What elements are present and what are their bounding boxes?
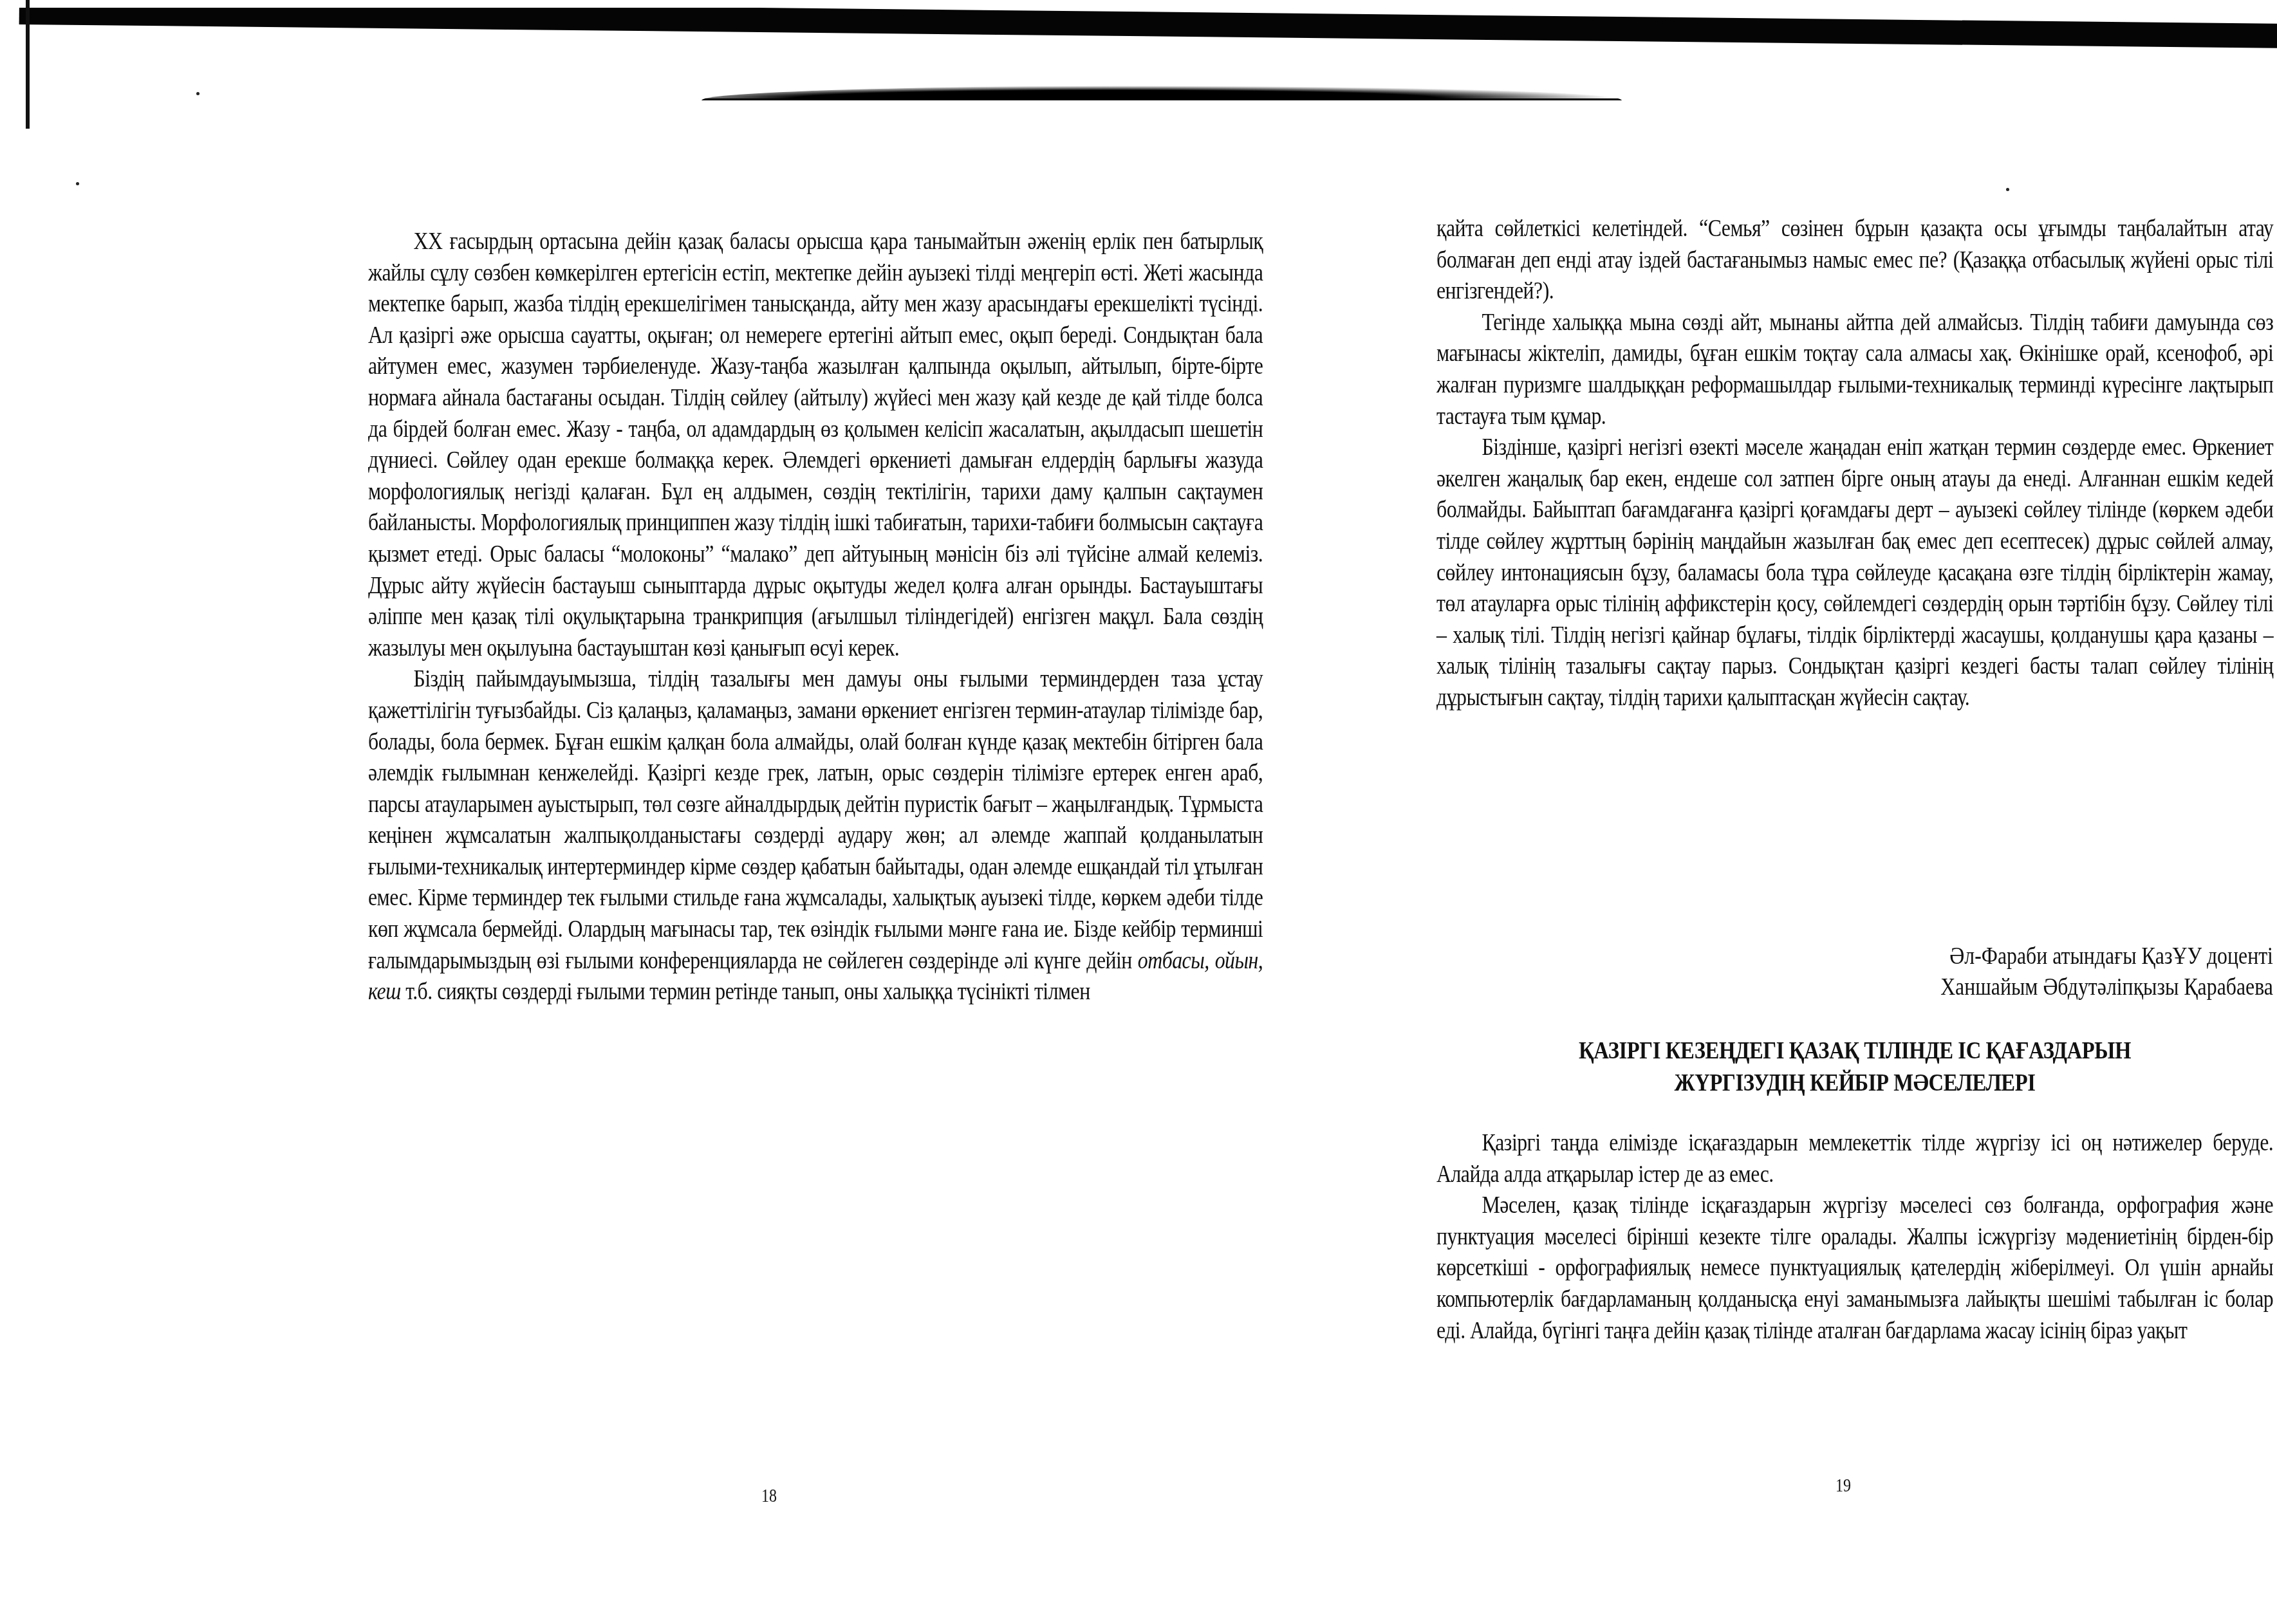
paragraph-text: т.б. сияқты сөздерді ғылыми термин ретін… (401, 979, 1090, 1005)
article-title-line: ҚАЗІРГІ КЕЗЕҢДЕГІ ҚАЗАҚ ТІЛІНДЕ ІС ҚАҒАЗ… (1495, 1035, 2215, 1067)
page-number: 19 (1836, 1475, 1851, 1497)
left-page-body: XX ғасырдың ортасына дейін қазақ баласы … (368, 226, 1263, 1008)
right-page: қайта сөйлеткісі келетіндей. “Семья” сөз… (1436, 0, 2273, 1624)
paragraph: қайта сөйлеткісі келетіндей. “Семья” сөз… (1436, 214, 2273, 308)
paragraph: Мәселен, қазақ тілінде ісқағаздарын жүрг… (1436, 1190, 2273, 1347)
page-number: 18 (761, 1485, 777, 1507)
article-title: ҚАЗІРГІ КЕЗЕҢДЕГІ ҚАЗАҚ ТІЛІНДЕ ІС ҚАҒАЗ… (1495, 1035, 2215, 1099)
paragraph: XX ғасырдың ортасына дейін қазақ баласы … (368, 226, 1263, 664)
author-name: Ханшайым Әбдутәліпқызы Қарабаева (1940, 972, 2273, 1003)
article-title-line: ЖҮРГІЗУДІҢ КЕЙБІР МӘСЕЛЕЛЕРІ (1495, 1067, 2215, 1099)
paragraph: Біздің пайымдауымызша, тілдің тазалығы м… (368, 664, 1263, 1008)
right-page-body-continued: қайта сөйлеткісі келетіндей. “Семья” сөз… (1436, 214, 2273, 714)
paragraph: Біздінше, қазіргі негізгі өзекті мәселе … (1436, 432, 2273, 714)
scan-speck (76, 182, 79, 185)
scan-speck (196, 92, 200, 95)
scan-edge-left (26, 0, 30, 129)
author-affiliation: Әл-Фараби атындағы ҚазҰУ доценті (1940, 941, 2273, 972)
left-page: XX ғасырдың ортасына дейін қазақ баласы … (368, 0, 1263, 1624)
paragraph-text: Біздің пайымдауымызша, тілдің тазалығы м… (368, 666, 1263, 973)
author-signature: Әл-Фараби атындағы ҚазҰУ доценті Ханшайы… (1940, 941, 2273, 1003)
paragraph: Қазіргі таңда елімізде ісқағаздарын мемл… (1436, 1128, 2273, 1190)
right-page-body-new-article: Қазіргі таңда елімізде ісқағаздарын мемл… (1436, 1128, 2273, 1347)
paragraph: Тегінде халыққа мына сөзді айт, мынаны а… (1436, 308, 2273, 432)
